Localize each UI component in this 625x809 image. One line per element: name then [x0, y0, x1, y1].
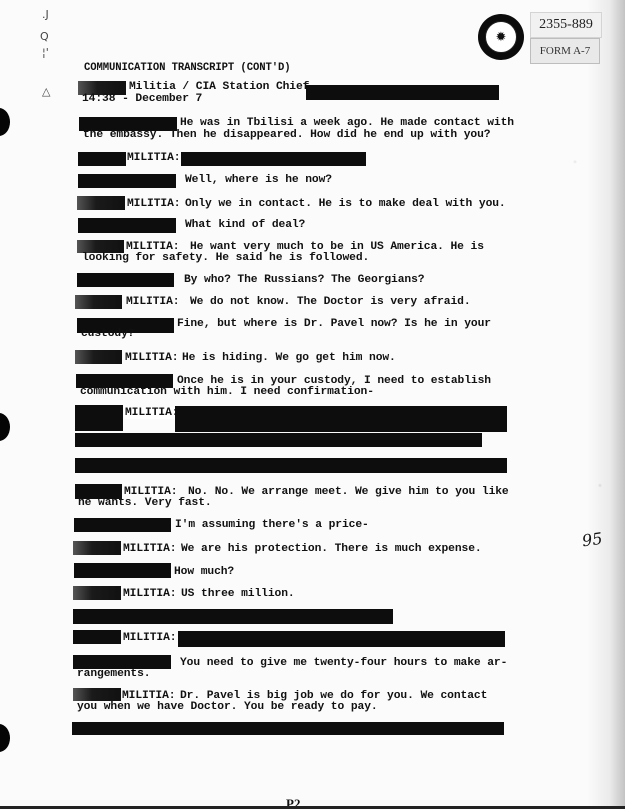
redaction-bar: [75, 433, 482, 447]
transcript-line: How much?: [174, 566, 234, 578]
margin-mark: Q: [40, 30, 49, 43]
agency-seal-icon: ✹: [478, 14, 524, 60]
transcript-line: By who? The Russians? The Georgians?: [184, 274, 424, 286]
redaction-bar: [74, 518, 171, 532]
redaction-bar: [178, 631, 505, 647]
speaker-label: MILITIA:: [123, 632, 176, 644]
punch-hole-icon: [0, 724, 10, 752]
transcript-line: We are his protection. There is much exp…: [181, 543, 482, 555]
redaction-bar: [77, 273, 174, 287]
margin-mark: ¦': [42, 46, 49, 59]
redaction-bar: [73, 688, 121, 701]
redaction-bar: [73, 541, 121, 555]
redaction-bar: [75, 458, 507, 473]
redaction-bar: [74, 563, 171, 578]
transcript-line: communication with him. I need confirmat…: [80, 386, 374, 398]
transcript-line: US three million.: [181, 588, 295, 600]
redaction-bar: [73, 609, 393, 624]
form-label: FORM A-7: [530, 38, 600, 64]
eagle-shield-icon: ✹: [485, 21, 517, 53]
redaction-bar: [75, 295, 122, 309]
transcript-line: You need to give me twenty-four hours to…: [180, 657, 507, 669]
transcript-line: the embassy. Then he disappeared. How di…: [83, 129, 490, 141]
transcript-line: you when we have Doctor. You be ready to…: [77, 701, 378, 713]
transcript-line: Only we in contact. He is to make deal w…: [185, 198, 506, 210]
speaker-label: MILITIA:: [125, 352, 178, 364]
redaction-bar: [75, 350, 122, 364]
transcript-line: Fine, but where is Dr. Pavel now? Is he …: [177, 318, 491, 330]
redaction-bar: [72, 722, 504, 735]
redaction-bar: [175, 406, 507, 432]
timestamp: 14:38 - December 7: [82, 93, 202, 105]
redaction-bar: [78, 174, 176, 188]
transcript-line: looking for safety. He said he is follow…: [82, 252, 369, 264]
speaker-label: MILITIA:: [123, 588, 176, 600]
transcript-line: custody?: [81, 328, 134, 340]
transcript-line: rangements.: [77, 668, 150, 680]
speaker-label: MILITIA:: [126, 296, 179, 308]
document-number: 2355-889: [530, 12, 602, 38]
redaction-bar: [73, 655, 171, 669]
transcript-line: What kind of deal?: [185, 219, 305, 231]
transcript-line: Well, where is he now?: [185, 174, 332, 186]
redaction-bar: [75, 405, 123, 431]
scan-edge-shadow: [587, 0, 625, 809]
margin-mark: .J: [42, 8, 49, 21]
transcript-line: No. No. We arrange meet. We give him to …: [188, 486, 509, 498]
redaction-bar: [73, 586, 121, 600]
participants: Militia / CIA Station Chief: [129, 81, 309, 93]
transcript-line: He was in Tbilisi a week ago. He made co…: [180, 117, 514, 129]
speaker-label: MILITIA:: [127, 152, 180, 164]
redaction-bar: [306, 85, 499, 100]
transcript-line: He is hiding. We go get him now.: [182, 352, 396, 364]
speaker-label: MILITIA:: [124, 407, 179, 419]
margin-mark: △: [42, 85, 50, 98]
transcript-line: We do not know. The Doctor is very afrai…: [190, 296, 471, 308]
transcript-line: he wants. Very fast.: [78, 497, 212, 509]
redaction-bar: [77, 196, 125, 210]
redaction-bar: [78, 152, 126, 166]
redaction-bar: [181, 152, 366, 166]
redaction-bar: [73, 630, 121, 644]
page-title: COMMUNICATION TRANSCRIPT (CONT'D): [84, 62, 291, 74]
transcript-line: I'm assuming there's a price-: [175, 519, 369, 531]
speaker-label: MILITIA:: [127, 198, 180, 210]
punch-hole-icon: [0, 413, 10, 441]
handwritten-note: 95: [581, 529, 604, 551]
redaction-bar: [78, 218, 176, 233]
speaker-label: MILITIA:: [123, 543, 176, 555]
punch-hole-icon: [0, 108, 10, 136]
